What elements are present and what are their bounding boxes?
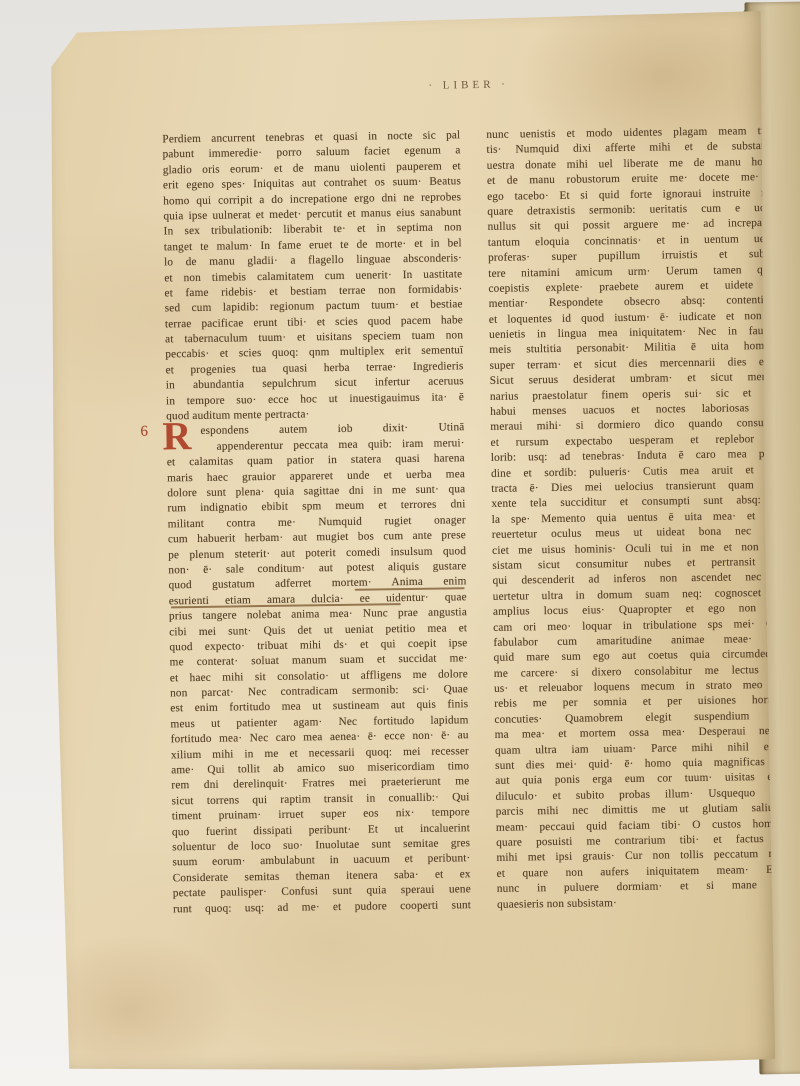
chapter-number: 6 xyxy=(140,425,148,441)
running-title: · LIBER · xyxy=(394,78,544,92)
text-line: quaesieris non subsistam· xyxy=(497,893,789,912)
text-column-right: Λ nunc uenistis et modo uidentes plagam … xyxy=(486,124,789,913)
text-column-left: 6 R Perdiem ancurrent tenebras et quasi … xyxy=(162,128,471,917)
parchment-page: · LIBER · 6 R Perdiem ancurrent tenebras… xyxy=(45,11,776,1075)
rubricated-initial: R xyxy=(162,419,191,453)
manuscript-photo: · LIBER · 6 R Perdiem ancurrent tenebras… xyxy=(0,0,800,1086)
